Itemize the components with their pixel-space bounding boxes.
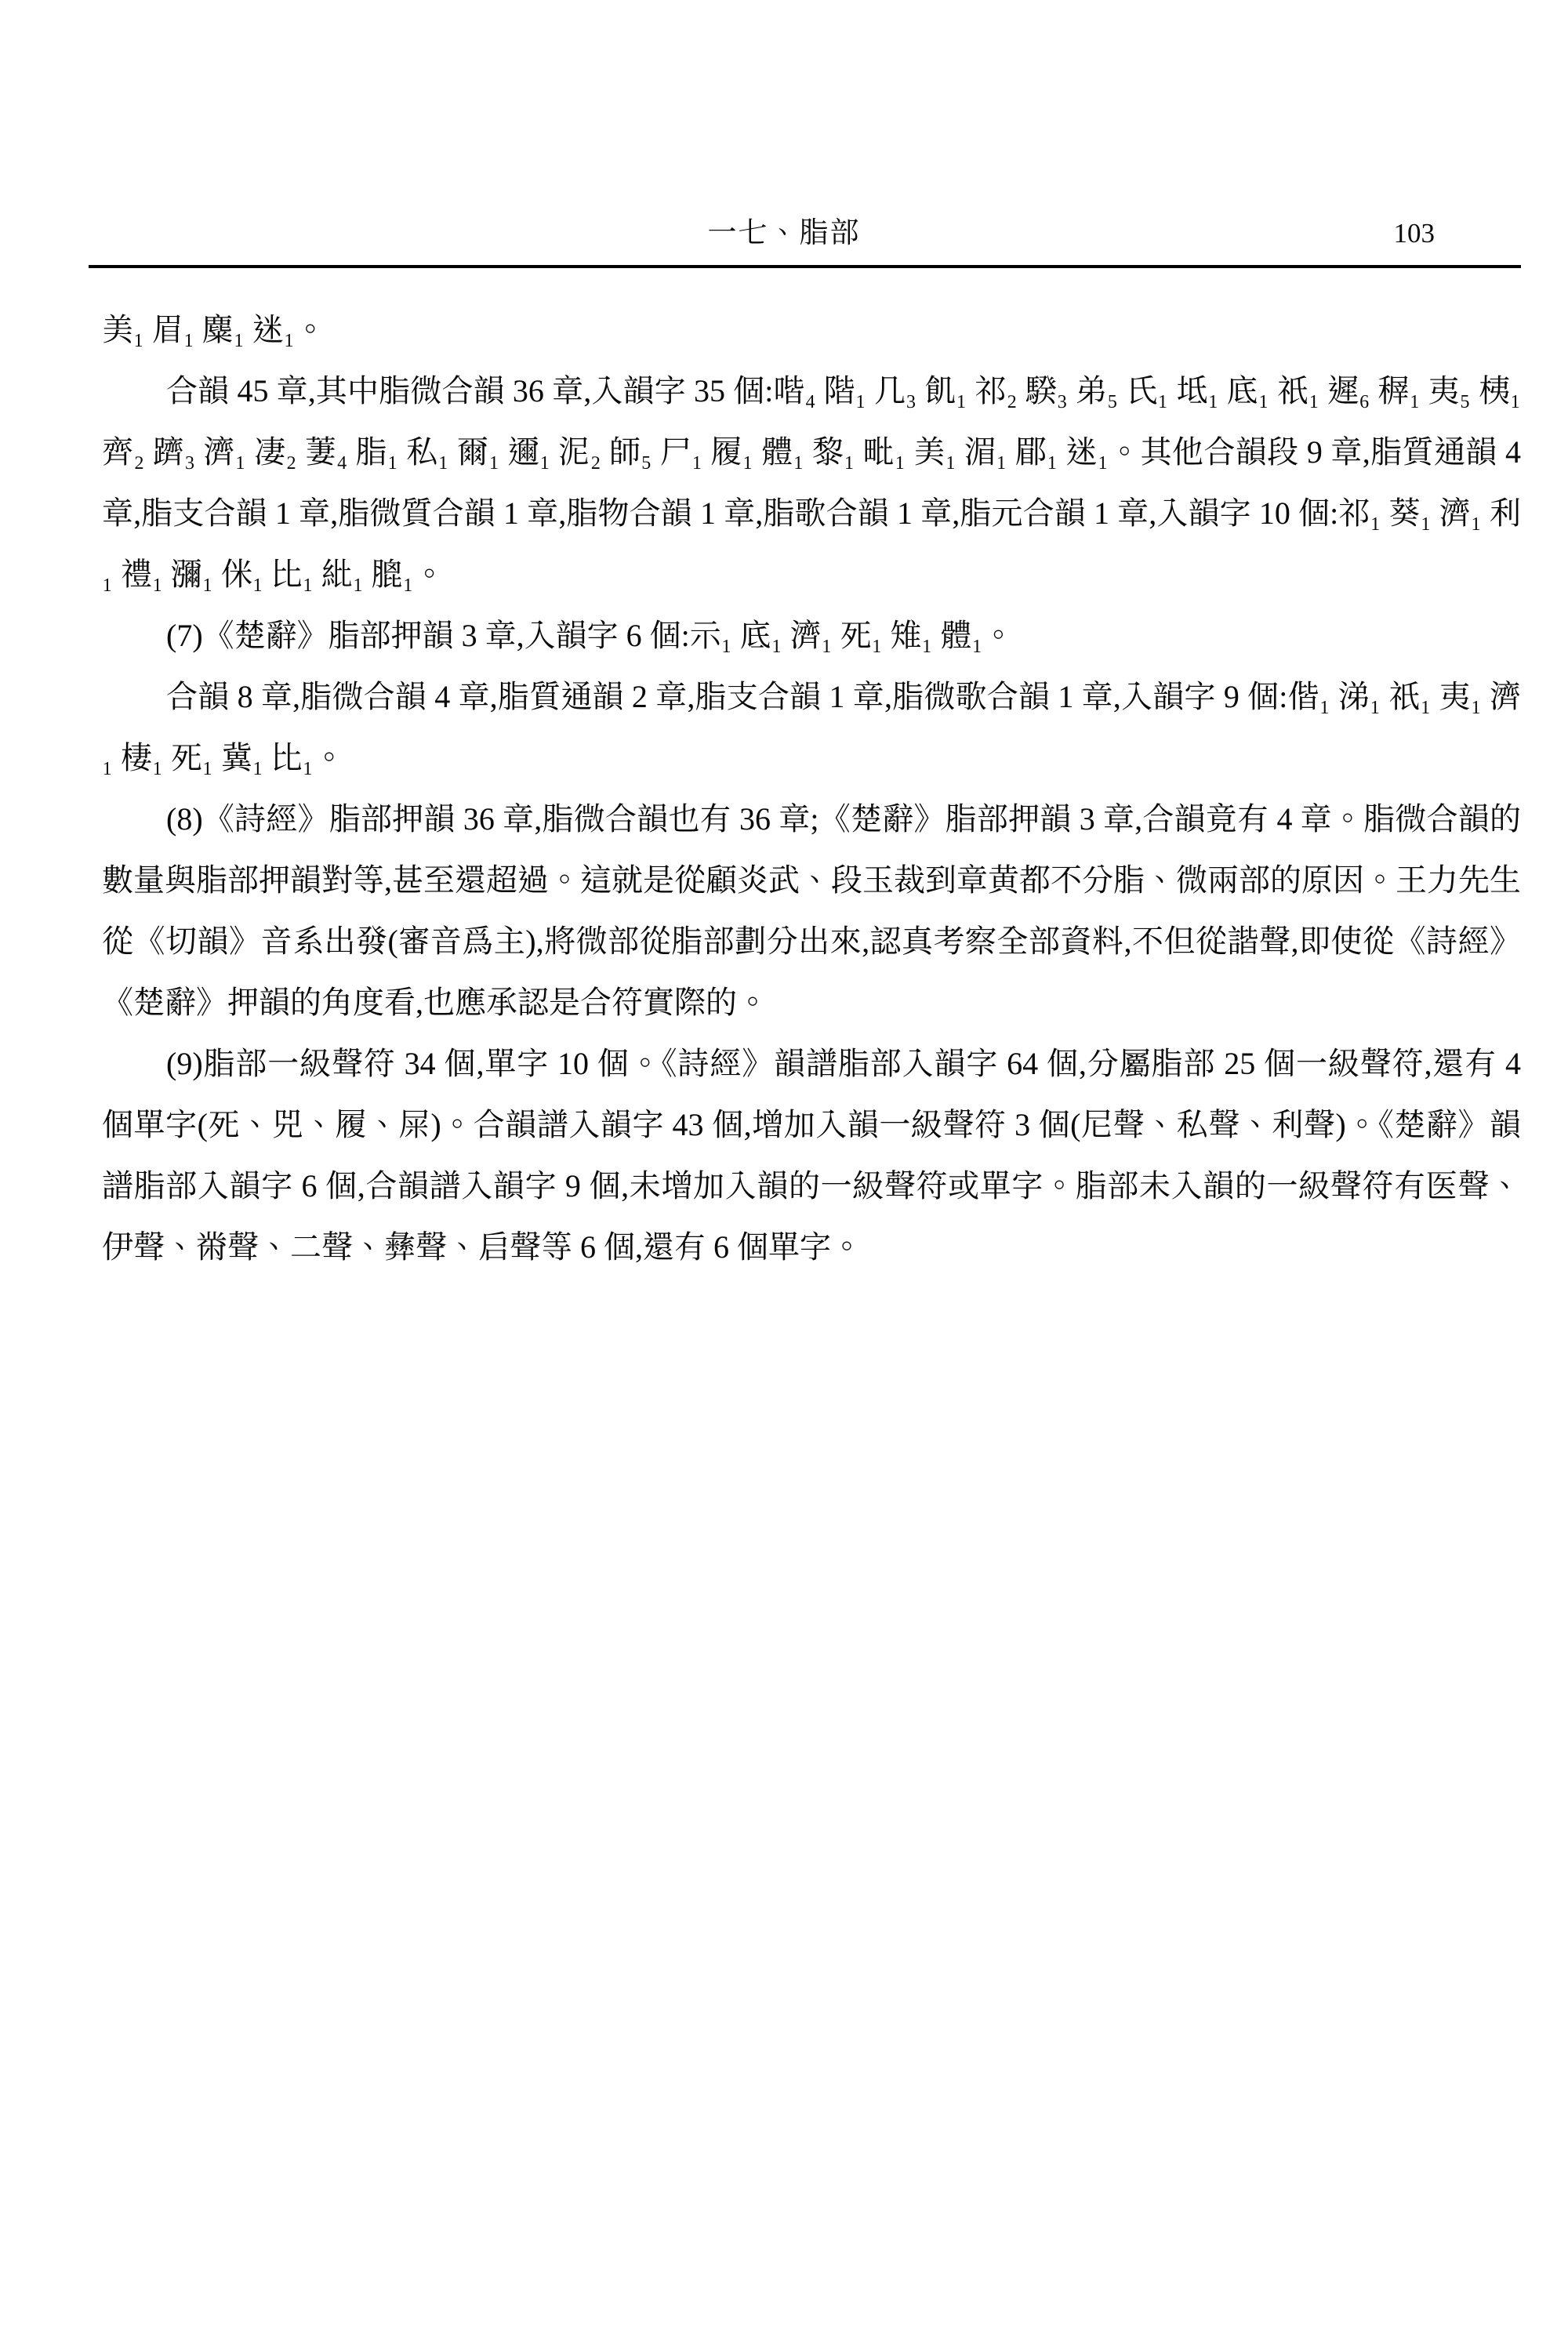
page-header: 一七、脂部 103 <box>0 213 1568 254</box>
paragraph-continuation-rhyme-list: 美₁ 眉₁ 麋₁ 迷₁。 <box>102 299 1521 361</box>
paragraph-item-7-chuci-statistics: (7)《楚辭》脂部押韻 3 章,入韻字 6 個:示₁ 底₁ 濟₁ 死₁ 雉₁ 體… <box>102 605 1521 666</box>
page-number: 103 <box>1394 213 1436 254</box>
header-rule <box>89 265 1521 268</box>
body-text: 美₁ 眉₁ 麋₁ 迷₁。 合韻 45 章,其中脂微合韻 36 章,入韻字 35 … <box>102 299 1521 1278</box>
paragraph-item-9-shengfu-statistics: (9)脂部一級聲符 34 個,單字 10 個。《詩經》韻譜脂部入韻字 64 個,… <box>102 1033 1521 1278</box>
running-title: 一七、脂部 <box>0 213 1568 254</box>
paragraph-chuci-heyun-statistics: 合韻 8 章,脂微合韻 4 章,脂質通韻 2 章,脂支合韻 1 章,脂微歌合韻 … <box>102 666 1521 789</box>
paragraph-shijing-heyun-statistics: 合韻 45 章,其中脂微合韻 36 章,入韻字 35 個:喈₄ 階₁ 几₃ 飢₁… <box>102 361 1521 605</box>
paragraph-item-8-discussion: (8)《詩經》脂部押韻 36 章,脂微合韻也有 36 章;《楚辭》脂部押韻 3 … <box>102 789 1521 1033</box>
book-page: 一七、脂部 103 美₁ 眉₁ 麋₁ 迷₁。 合韻 45 章,其中脂微合韻 36… <box>0 0 1568 2352</box>
